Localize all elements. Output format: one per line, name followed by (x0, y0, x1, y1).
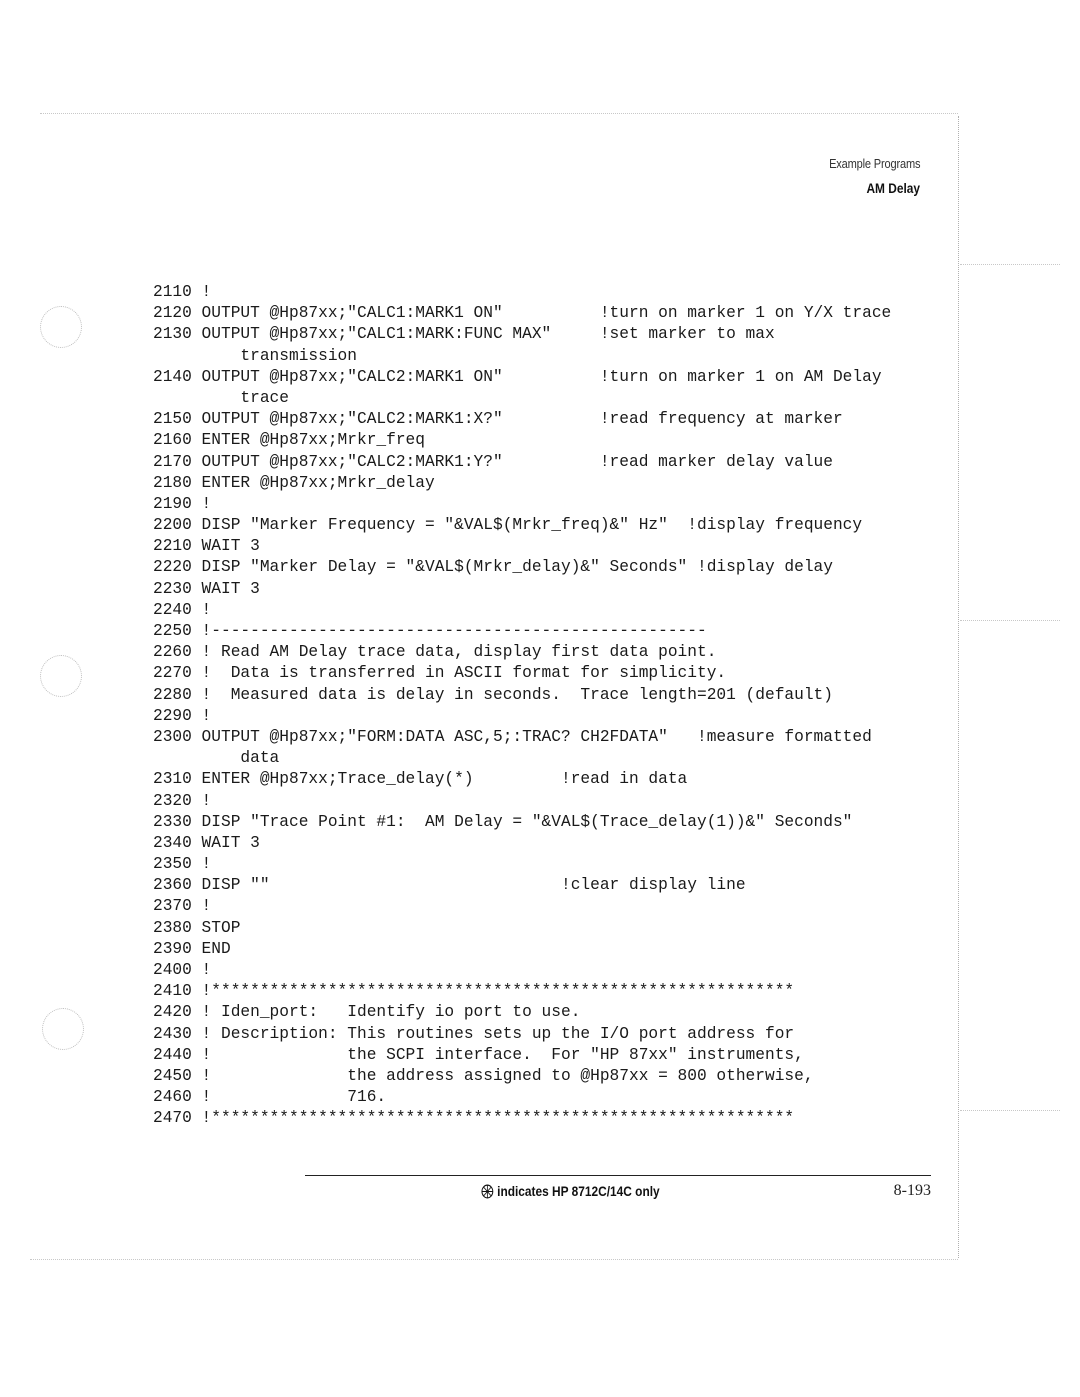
line-number: 2310 (153, 769, 192, 790)
line-number: 2360 (153, 875, 192, 896)
line-text: OUTPUT @Hp87xx;"CALC1:MARK1 ON" !turn on… (192, 304, 891, 322)
line-text: ! the SCPI interface. For "HP 87xx" inst… (192, 1046, 804, 1064)
page-number: 8-193 (894, 1182, 931, 1200)
document-page: Example Programs AM Delay 2110 !2120 OUT… (0, 0, 1080, 1397)
code-line: 2300 OUTPUT @Hp87xx;"FORM:DATA ASC,5;:TR… (153, 727, 891, 748)
code-line: 2430 ! Description: This routines sets u… (153, 1024, 891, 1045)
right-tab-line-3 (960, 1110, 1060, 1111)
line-number: 2430 (153, 1024, 192, 1045)
code-line: data (153, 748, 891, 769)
code-line: 2160 ENTER @Hp87xx;Mrkr_freq (153, 430, 891, 451)
line-number: 2200 (153, 515, 192, 536)
line-number: 2320 (153, 791, 192, 812)
code-line: 2170 OUTPUT @Hp87xx;"CALC2:MARK1:Y?" !re… (153, 452, 891, 473)
line-text: ! Data is transferred in ASCII format fo… (192, 664, 726, 682)
line-text: STOP (192, 919, 241, 937)
line-text: ! the address assigned to @Hp87xx = 800 … (192, 1067, 814, 1085)
line-number: 2240 (153, 600, 192, 621)
line-text: ENTER @Hp87xx;Trace_delay(*) !read in da… (192, 770, 687, 788)
line-number: 2120 (153, 303, 192, 324)
code-line: 2350 ! (153, 854, 891, 875)
line-text: ! (192, 855, 211, 873)
code-line: 2210 WAIT 3 (153, 536, 891, 557)
line-text: ! (192, 283, 211, 301)
footer-rule (305, 1175, 931, 1176)
line-text: ! Read AM Delay trace data, display firs… (192, 643, 717, 661)
code-line: 2280 ! Measured data is delay in seconds… (153, 685, 891, 706)
line-text: ! Iden_port: Identify io port to use. (192, 1003, 581, 1021)
code-line: 2340 WAIT 3 (153, 833, 891, 854)
line-number: 2210 (153, 536, 192, 557)
line-text: WAIT 3 (192, 537, 260, 555)
line-number: 2230 (153, 579, 192, 600)
line-number: 2220 (153, 557, 192, 578)
line-number: 2280 (153, 685, 192, 706)
line-number: 2470 (153, 1108, 192, 1129)
code-line: 2450 ! the address assigned to @Hp87xx =… (153, 1066, 891, 1087)
running-header-title: AM Delay (866, 180, 920, 196)
line-number: 2130 (153, 324, 192, 345)
line-number: 2250 (153, 621, 192, 642)
line-number: 2400 (153, 960, 192, 981)
line-text: ! (192, 961, 211, 979)
code-line: 2180 ENTER @Hp87xx;Mrkr_delay (153, 473, 891, 494)
code-line: 2330 DISP "Trace Point #1: AM Delay = "&… (153, 812, 891, 833)
line-text: ! (192, 707, 211, 725)
code-line: 2470 !**********************************… (153, 1108, 891, 1129)
code-line: 2220 DISP "Marker Delay = "&VAL$(Mrkr_de… (153, 557, 891, 578)
line-number: 2380 (153, 918, 192, 939)
binder-hole-middle (40, 655, 82, 697)
line-number: 2350 (153, 854, 192, 875)
line-number: 2460 (153, 1087, 192, 1108)
code-line: 2250 !----------------------------------… (153, 621, 891, 642)
code-line: 2370 ! (153, 896, 891, 917)
code-line: 2390 END (153, 939, 891, 960)
line-number: 2180 (153, 473, 192, 494)
line-number: 2110 (153, 282, 192, 303)
code-line: 2230 WAIT 3 (153, 579, 891, 600)
line-number: 2420 (153, 1002, 192, 1023)
code-line: 2410 !**********************************… (153, 981, 891, 1002)
code-line: 2460 ! 716. (153, 1087, 891, 1108)
line-text: transmission (192, 347, 357, 365)
code-line: 2140 OUTPUT @Hp87xx;"CALC2:MARK1 ON" !tu… (153, 367, 891, 388)
code-line: 2380 STOP (153, 918, 891, 939)
line-number: 2270 (153, 663, 192, 684)
line-number: 2440 (153, 1045, 192, 1066)
line-text: ENTER @Hp87xx;Mrkr_delay (192, 474, 435, 492)
line-text: data (192, 749, 279, 767)
binder-hole-bottom (42, 1008, 84, 1050)
line-text: OUTPUT @Hp87xx;"FORM:DATA ASC,5;:TRAC? C… (192, 728, 872, 746)
line-number: 2390 (153, 939, 192, 960)
right-tab-line-2 (960, 620, 1060, 621)
line-number: 2160 (153, 430, 192, 451)
line-text: OUTPUT @Hp87xx;"CALC2:MARK1:Y?" !read ma… (192, 453, 833, 471)
line-text: DISP "Marker Frequency = "&VAL$(Mrkr_fre… (192, 516, 862, 534)
line-text: DISP "" !clear display line (192, 876, 746, 894)
right-tab-line-1 (960, 264, 1060, 265)
code-line: 2270 ! Data is transferred in ASCII form… (153, 663, 891, 684)
code-line: 2310 ENTER @Hp87xx;Trace_delay(*) !read … (153, 769, 891, 790)
line-text: ENTER @Hp87xx;Mrkr_freq (192, 431, 425, 449)
line-text: DISP "Trace Point #1: AM Delay = "&VAL$(… (192, 813, 853, 831)
line-number: 2260 (153, 642, 192, 663)
line-number: 2190 (153, 494, 192, 515)
code-line: 2190 ! (153, 494, 891, 515)
line-text: trace (192, 389, 289, 407)
running-header-section: Example Programs (829, 156, 920, 171)
code-line: 2110 ! (153, 282, 891, 303)
line-text: ! 716. (192, 1088, 386, 1106)
line-text: WAIT 3 (192, 580, 260, 598)
footer-note-text: indicates HP 8712C/14C only (497, 1183, 659, 1199)
line-text: ! Description: This routines sets up the… (192, 1025, 794, 1043)
line-text: OUTPUT @Hp87xx;"CALC1:MARK:FUNC MAX" !se… (192, 325, 775, 343)
code-line: 2400 ! (153, 960, 891, 981)
code-line: transmission (153, 346, 891, 367)
line-text: !***************************************… (192, 1109, 794, 1127)
line-text: OUTPUT @Hp87xx;"CALC2:MARK1:X?" !read fr… (192, 410, 843, 428)
line-text: OUTPUT @Hp87xx;"CALC2:MARK1 ON" !turn on… (192, 368, 882, 386)
code-line: 2360 DISP "" !clear display line (153, 875, 891, 896)
line-number: 2290 (153, 706, 192, 727)
line-number: 2330 (153, 812, 192, 833)
line-text: ! (192, 495, 211, 513)
top-scan-border (40, 113, 958, 114)
code-line: 2420 ! Iden_port: Identify io port to us… (153, 1002, 891, 1023)
code-line: 2440 ! the SCPI interface. For "HP 87xx"… (153, 1045, 891, 1066)
line-number: 2170 (153, 452, 192, 473)
line-number: 2410 (153, 981, 192, 1002)
line-text: !---------------------------------------… (192, 622, 707, 640)
code-line: 2150 OUTPUT @Hp87xx;"CALC2:MARK1:X?" !re… (153, 409, 891, 430)
line-text: DISP "Marker Delay = "&VAL$(Mrkr_delay)&… (192, 558, 833, 576)
line-number: 2370 (153, 896, 192, 917)
line-text: WAIT 3 (192, 834, 260, 852)
line-number: 2300 (153, 727, 192, 748)
code-line: 2120 OUTPUT @Hp87xx;"CALC1:MARK1 ON" !tu… (153, 303, 891, 324)
bottom-scan-border (30, 1259, 958, 1260)
line-number: 2450 (153, 1066, 192, 1087)
line-text: ! (192, 601, 211, 619)
code-line: 2200 DISP "Marker Frequency = "&VAL$(Mrk… (153, 515, 891, 536)
binder-hole-top (40, 306, 82, 348)
line-text: END (192, 940, 231, 958)
code-line: trace (153, 388, 891, 409)
code-line: 2320 ! (153, 791, 891, 812)
line-text: ! Measured data is delay in seconds. Tra… (192, 686, 833, 704)
line-text: ! (192, 897, 211, 915)
code-line: 2130 OUTPUT @Hp87xx;"CALC1:MARK:FUNC MAX… (153, 324, 891, 345)
code-listing: 2110 !2120 OUTPUT @Hp87xx;"CALC1:MARK1 O… (153, 282, 891, 1130)
code-line: 2260 ! Read AM Delay trace data, display… (153, 642, 891, 663)
footer-note: indicates HP 8712C/14C only (481, 1183, 660, 1199)
line-text: !***************************************… (192, 982, 794, 1000)
cross-circle-icon (481, 1184, 494, 1199)
right-scan-border (958, 116, 959, 1258)
code-line: 2290 ! (153, 706, 891, 727)
line-number: 2340 (153, 833, 192, 854)
line-text: ! (192, 792, 211, 810)
code-line: 2240 ! (153, 600, 891, 621)
line-number: 2140 (153, 367, 192, 388)
line-number: 2150 (153, 409, 192, 430)
